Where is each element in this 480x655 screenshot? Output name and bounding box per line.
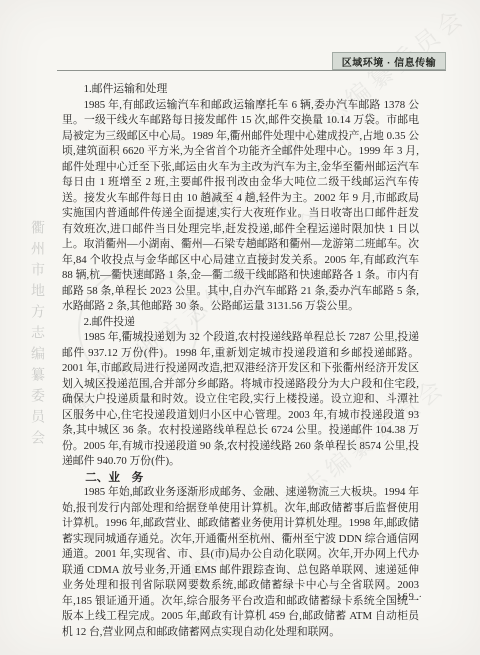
heading-business: 二、业 务 [62,470,419,486]
subheading-mail-delivery: 2.邮件投递 [62,315,419,331]
paragraph-mail-transport: 1985 年,有邮政运输汽车和邮政运输摩托车 6 辆,委办汽车邮路 1378 公… [62,98,419,315]
section-header-badge: 区域环境 · 信息传输 [332,52,446,70]
page-body-text: 1.邮件运输和处理 1985 年,有邮政运输汽车和邮政运输摩托车 6 辆,委办汽… [62,82,419,640]
header-rule [57,70,446,71]
scanned-document-page: 衢州市地方志编纂委员会 衢州市地方志编纂委员会 衢州市地方志编纂委员会 衢州市地… [0,0,480,655]
paragraph-business: 1985 年始,邮政业务逐渐形成邮务、金融、速递物流三大板块。1994 年始,报… [62,485,419,640]
page-number: · 169 · [388,592,423,603]
vertical-watermark: 衢州市地方志编纂委员会 [26,220,46,451]
subheading-mail-transport: 1.邮件运输和处理 [62,82,419,98]
paragraph-mail-delivery: 1985 年,衢城投递划为 32 个段道,农村投递线路单程总长 7287 公里,… [62,330,419,470]
